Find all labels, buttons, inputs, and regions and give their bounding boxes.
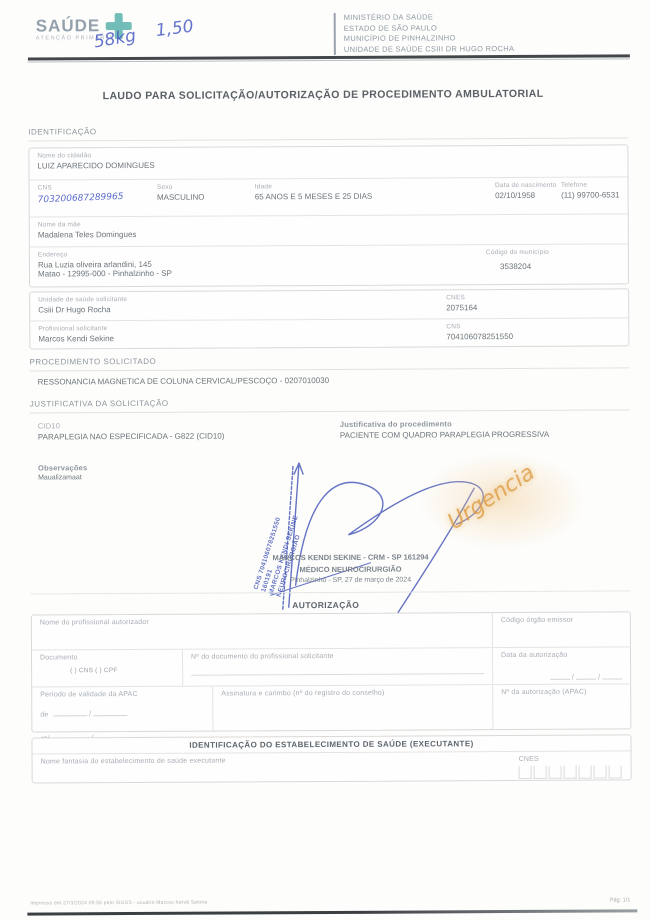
field-assinatura-carimbo: Assinatura e carimbo (nº do registro do … [212, 685, 492, 730]
field-cid10: CID10 PARAPLEGIA NAO ESPECIFICADA - G822… [38, 420, 318, 441]
field-profissional-solicitante: Profissional solicitante Marcos Kendi Se… [30, 319, 438, 349]
stamp-doctor-specialty: MÉDICO NEUROCIRURGIÃO [201, 564, 501, 575]
header-divider [28, 54, 630, 60]
field-nome-mae: Nome da mãe Madalena Teles Domingues [30, 214, 628, 246]
autorizacao-box: Nome do profissional autorizador Código … [31, 611, 632, 732]
org-header-block: MINISTÉRIO DA SAÚDE ESTADO DE SÃO PAULO … [334, 12, 515, 55]
executante-box: IDENTIFICAÇÃO DO ESTABELECIMENTO DE SAÚD… [31, 734, 631, 783]
document-title: LAUDO PARA SOLICITAÇÃO/AUTORIZAÇÃO DE PR… [0, 87, 648, 102]
field-cod-municipio: Código do município 3538204 [478, 244, 628, 285]
field-cod-orgao-emissor: Código órgão emissor [492, 612, 630, 647]
field-documento: Documento ( ) CNS ( ) CPF [32, 650, 182, 687]
field-telefone: Telefone (11) 99700-6531 [553, 177, 628, 213]
field-unidade-solicitante: Unidade de saúde solicitante Csiii Dr Hu… [30, 290, 438, 320]
field-profissional-cns: CNS 704106078251550 [438, 318, 628, 347]
documento-checkbox-options: ( ) CNS ( ) CPF [70, 667, 174, 675]
field-num-autorizacao-apac: Nº da autorização (APAC) [492, 684, 630, 729]
urgencia-handwritten-note: Urgencia [418, 451, 589, 552]
footer-divider [27, 909, 637, 915]
field-periodo-validade: Período de validade da APAC de / até / [32, 687, 212, 732]
handwritten-height: 1,50 [155, 16, 195, 41]
field-endereco: Endereço Rua Luzia oliveira arlandini, 1… [30, 245, 478, 287]
field-sexo: Sexo MASCULINO [149, 179, 247, 216]
section-executante: IDENTIFICAÇÃO DO ESTABELECIMENTO DE SAÚD… [189, 739, 473, 749]
identificacao-box: Nome do cidadão LUIZ APARECIDO DOMINGUES… [28, 144, 629, 287]
field-cns: CNS 703200687289965 [30, 180, 150, 217]
section-autorizacao: AUTORIZAÇÃO [1, 598, 650, 611]
footer-page-number: Pág: 1/1 [610, 897, 631, 903]
field-nascimento: Data de nascimento 02/10/1958 [487, 178, 553, 214]
solicitante-box: Unidade de saúde solicitante Csiii Dr Hu… [29, 288, 629, 349]
section-identificacao: IDENTIFICAÇÃO [28, 124, 628, 141]
field-justificativa-procedimento: Justificativa do procedimento PACIENTE C… [340, 418, 620, 439]
field-data-autorizacao: Data da autorização // [492, 647, 630, 684]
field-nome-fantasia: Nome fantasia do estabelecimento de saúd… [33, 752, 511, 784]
field-unidade-cnes: CNES 2075164 [438, 289, 628, 318]
footer-print-info: Impresso em 27/3/2024 09:55 pelo SIGSS -… [30, 900, 207, 907]
field-nome-cidadao: Nome do cidadão LUIZ APARECIDO DOMINGUES [29, 145, 627, 179]
scanned-document-page: SAÚDE ATENÇÃO PRIMÁRIA 58kg 1,50 MINISTÉ… [0, 0, 650, 920]
field-executante-cnes: CNES [511, 751, 631, 781]
stamp-place-date: Pinhalzinho - SP, 27 de março de 2024 [201, 576, 501, 585]
field-idade: Idade 65 ANOS E 5 MESES E 25 DIAS [247, 178, 487, 215]
section-procedimento: PROCEDIMENTO SOLICITADO [29, 354, 629, 371]
handwritten-cns: 703200687289965 [37, 191, 141, 205]
procedimento-descricao: RESSONANCIA MAGNETICA DE COLUNA CERVICAL… [38, 376, 330, 387]
blank-underline [191, 659, 484, 676]
org-line: UNIDADE DE SAÚDE CSIII DR HUGO ROCHA [344, 44, 514, 55]
stamp-doctor-name: MARCOS KENDI SEKINE - CRM - SP 161294 [200, 552, 500, 563]
field-nome-autorizador: Nome do profissional autorizador [32, 613, 492, 649]
section-justificativa: JUSTIFICATIVA DA SOLICITAÇÃO [30, 396, 630, 413]
field-num-documento: Nº do documento do profissional solicita… [182, 648, 492, 686]
field-observacoes: Observações Maualizamaat [38, 462, 238, 481]
cnes-blank-cells [519, 765, 623, 779]
